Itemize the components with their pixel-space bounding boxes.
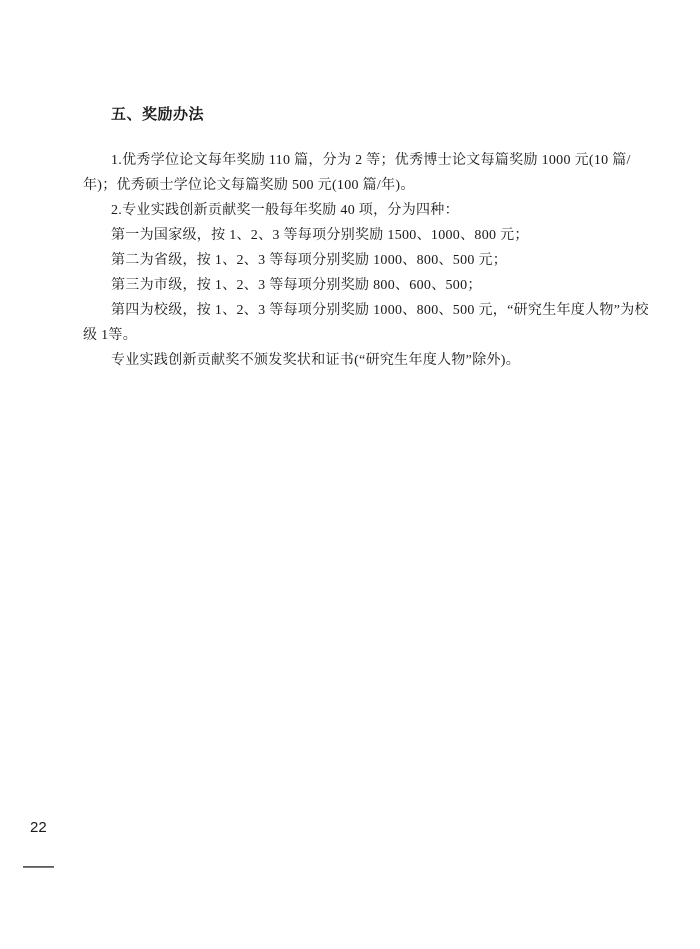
text-line: 1.优秀学位论文每年奖励 110 篇，分为 2 等；优秀博士论文每篇奖励 100…	[83, 148, 628, 173]
text-line: 第二为省级，按 1、2、3 等每项分别奖励 1000、800、500 元；	[83, 248, 628, 273]
text-line: 级 1等。	[83, 323, 628, 348]
text-line: 2.专业实践创新贡献奖一般每年奖励 40 项，分为四种：	[83, 198, 628, 223]
section-heading: 五、奖励办法	[83, 103, 628, 128]
footer-rule	[23, 866, 54, 868]
text-line: 第四为校级，按 1、2、3 等每项分别奖励 1000、800、500 元，“研究…	[83, 298, 628, 323]
text-line: 专业实践创新贡献奖不颁发奖状和证书(“研究生年度人物”除外)。	[83, 348, 628, 373]
body-text: 五、奖励办法 1.优秀学位论文每年奖励 110 篇，分为 2 等；优秀博士论文每…	[83, 103, 628, 373]
text-line: 年)；优秀硕士学位论文每篇奖励 500 元(100 篇/年)。	[83, 173, 628, 198]
page-number: 22	[30, 819, 47, 836]
text-line: 第三为市级，按 1、2、3 等每项分别奖励 800、600、500；	[83, 273, 628, 298]
text-line: 第一为国家级，按 1、2、3 等每项分别奖励 1500、1000、800 元；	[83, 223, 628, 248]
document-page: 五、奖励办法 1.优秀学位论文每年奖励 110 篇，分为 2 等；优秀博士论文每…	[0, 0, 700, 949]
